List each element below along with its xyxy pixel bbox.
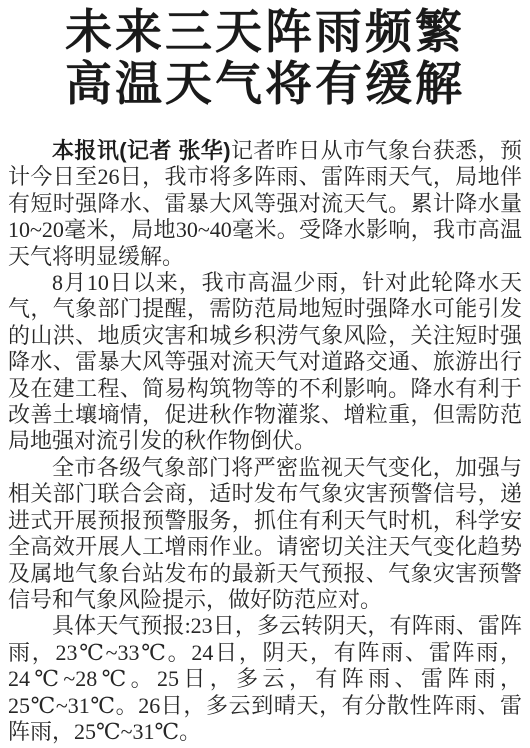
paragraph-forecast-details: 具体天气预报:23日，多云转阴天，有阵雨、雷阵雨，23℃~33℃。24日，阴天，… bbox=[8, 613, 522, 745]
article-body: 本报讯(记者 张华)记者昨日从市气象台获悉，预计今日至26日，我市将多阵雨、雷阵… bbox=[8, 138, 522, 745]
headline-line-1: 未来三天阵雨频繁 bbox=[0, 6, 530, 58]
paragraph-department-actions: 全市各级气象部门将严密监视天气变化，加强与相关部门联合会商，适时发布气象灾害预警… bbox=[8, 455, 522, 613]
page-title: 未来三天阵雨频繁 高温天气将有缓解 bbox=[0, 6, 530, 110]
paragraph-weather-warning: 8月10日以来，我市高温少雨，针对此轮降水天气，气象部门提醒，需防范局地短时强降… bbox=[8, 270, 522, 455]
byline-author: (记者 张华) bbox=[119, 138, 230, 163]
headline-line-2: 高温天气将有缓解 bbox=[0, 58, 530, 110]
lead-paragraph: 本报讯(记者 张华)记者昨日从市气象台获悉，预计今日至26日，我市将多阵雨、雷阵… bbox=[8, 138, 522, 270]
newspaper-clipping: 未来三天阵雨频繁 高温天气将有缓解 本报讯(记者 张华)记者昨日从市气象台获悉，… bbox=[0, 0, 530, 748]
byline-tag: 本报讯 bbox=[52, 138, 119, 163]
